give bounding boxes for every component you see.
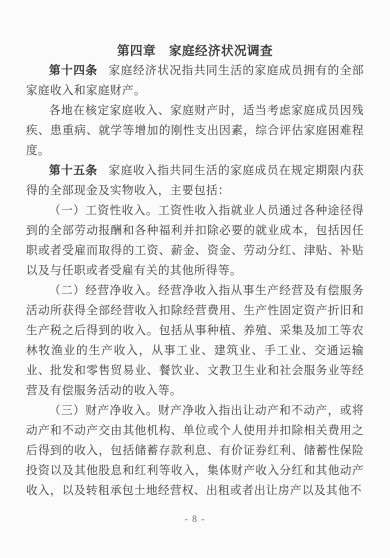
document-body: 第十四条家庭经济状况指共同生活的家庭成员拥有的全部家庭收入和家庭财产。 各地在核…	[26, 61, 364, 501]
paragraph-item-1-wage-income: （一）工资性收入。工资性收入指就业人员通过各种途径得到的全部劳动报酬和各种福利并…	[26, 201, 364, 281]
document-page: 第四章 家庭经济状况调查 第十四条家庭经济状况指共同生活的家庭成员拥有的全部家庭…	[0, 0, 390, 558]
paragraph-item-3-property-income: （三）财产净收入。财产净收入指出让动产和不动产，或将动产和不动产交由其他机构、单…	[26, 401, 364, 501]
article-14-lead: 第十四条	[49, 65, 98, 77]
item-2-text: （二）经营净收入。经营净收入指从事生产经营及有偿服务活动所获得全部经营收入扣除经…	[26, 285, 364, 397]
page-number: - 8 -	[0, 513, 390, 527]
item-1-text: （一）工资性收入。工资性收入指就业人员通过各种途径得到的全部劳动报酬和各种福利并…	[26, 205, 364, 277]
item-3-text: （三）财产净收入。财产净收入指出让动产和不动产，或将动产和不动产交由其他机构、单…	[26, 405, 364, 497]
paragraph-article-14: 第十四条家庭经济状况指共同生活的家庭成员拥有的全部家庭收入和家庭财产。	[26, 61, 364, 101]
paragraph-article-15: 第十五条家庭收入指共同生活的家庭成员在规定期限内获得的全部现金及实物收入，主要包…	[26, 161, 364, 201]
paragraph-assessment-note: 各地在核定家庭收入、家庭财产时，适当考虑家庭成员因残疾、患重病、就学等增加的刚性…	[26, 101, 364, 161]
article-15-lead: 第十五条	[49, 165, 98, 177]
assessment-note-text: 各地在核定家庭收入、家庭财产时，适当考虑家庭成员因残疾、患重病、就学等增加的刚性…	[26, 105, 364, 157]
paragraph-item-2-business-income: （二）经营净收入。经营净收入指从事生产经营及有偿服务活动所获得全部经营收入扣除经…	[26, 281, 364, 401]
chapter-title: 第四章 家庭经济状况调查	[26, 41, 364, 61]
